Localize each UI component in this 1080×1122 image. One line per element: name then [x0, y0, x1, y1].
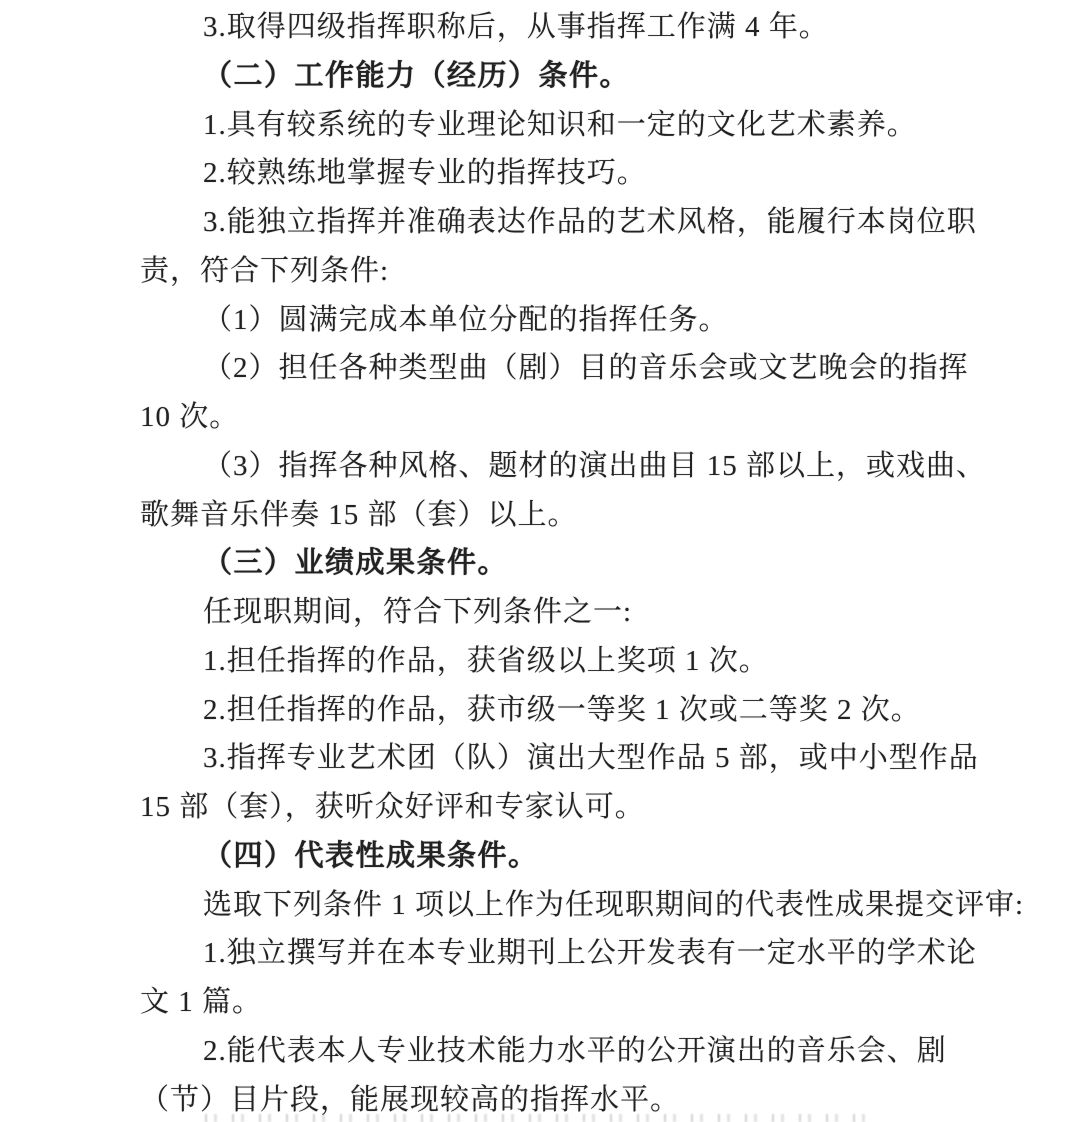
text-line: 任现职期间，符合下列条件之一:: [140, 588, 964, 637]
text-line: 2.担任指挥的作品，获市级一等奖 1 次或二等奖 2 次。: [140, 686, 964, 735]
text-line: 1.独立撰写并在本专业期刊上公开发表有一定水平的学术论: [140, 929, 964, 978]
section-heading: （二）工作能力（经历）条件。: [140, 52, 964, 101]
text-line: 文 1 篇。: [140, 978, 964, 1027]
text-line: 10 次。: [140, 393, 964, 442]
text-line: 2.较熟练地掌握专业的指挥技巧。: [140, 149, 964, 198]
text-line: 3.能独立指挥并准确表达作品的艺术风格，能履行本岗位职: [140, 198, 964, 247]
text-line: 1.担任指挥的作品，获省级以上奖项 1 次。: [140, 637, 964, 686]
text-line: 1.具有较系统的专业理论知识和一定的文化艺术素养。: [140, 101, 964, 150]
text-line: （3）指挥各种风格、题材的演出曲目 15 部以上，或戏曲、: [140, 442, 964, 491]
document-page: 3.取得四级指挥职称后，从事指挥工作满 4 年。（二）工作能力（经历）条件。1.…: [0, 0, 1080, 1122]
cutoff-text-artifact: [205, 1114, 865, 1122]
section-heading: （四）代表性成果条件。: [140, 832, 964, 881]
text-line: 15 部（套），获听众好评和专家认可。: [140, 783, 964, 832]
section-heading: （三）业绩成果条件。: [140, 539, 964, 588]
text-line: 选取下列条件 1 项以上作为任现职期间的代表性成果提交评审:: [140, 881, 964, 930]
text-line: （2）担任各种类型曲（剧）目的音乐会或文艺晚会的指挥: [140, 344, 964, 393]
text-line: （1）圆满完成本单位分配的指挥任务。: [140, 296, 964, 345]
text-line: 3.指挥专业艺术团（队）演出大型作品 5 部，或中小型作品: [140, 734, 964, 783]
text-line: 3.取得四级指挥职称后，从事指挥工作满 4 年。: [140, 3, 964, 52]
text-line: 歌舞音乐伴奏 15 部（套）以上。: [140, 491, 964, 540]
text-line: 责，符合下列条件:: [140, 247, 964, 296]
text-line: 2.能代表本人专业技术能力水平的公开演出的音乐会、剧: [140, 1027, 964, 1076]
document-body: 3.取得四级指挥职称后，从事指挥工作满 4 年。（二）工作能力（经历）条件。1.…: [140, 3, 964, 1122]
